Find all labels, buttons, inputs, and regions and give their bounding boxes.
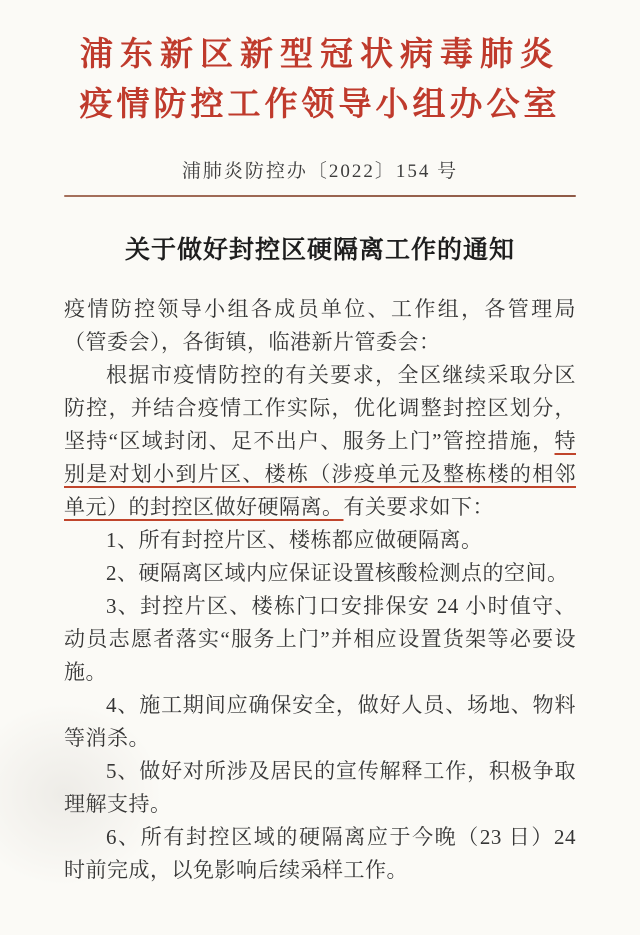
requirement-item-2: 2、硬隔离区域内应保证设置核酸检测点的空间。 [64, 557, 576, 590]
requirement-item-1: 1、所有封控片区、楼栋都应做硬隔离。 [64, 524, 576, 557]
document-page: 浦东新区新型冠状病毒肺炎 疫情防控工作领导小组办公室 浦肺炎防控办〔2022〕1… [0, 0, 640, 935]
document-content: 浦东新区新型冠状病毒肺炎 疫情防控工作领导小组办公室 浦肺炎防控办〔2022〕1… [0, 0, 640, 887]
requirement-item-5: 5、做好对所涉及居民的宣传解释工作，积极争取理解支持。 [64, 755, 576, 821]
document-title: 关于做好封控区硬隔离工作的通知 [64, 233, 576, 269]
requirement-item-3: 3、封控片区、楼栋门口安排保安 24 小时值守、动员志愿者落实“服务上门”并相应… [64, 590, 576, 689]
intro-text: 根据市疫情防控的有关要求，全区继续采取分区防控，并结合疫情工作实际，优化调整封控… [64, 363, 576, 453]
intro-paragraph: 根据市疫情防控的有关要求，全区继续采取分区防控，并结合疫情工作实际，优化调整封控… [64, 359, 576, 524]
addressee-line: 疫情防控领导小组各成员单位、工作组，各管理局（管委会），各街镇，临港新片管委会： [64, 293, 576, 359]
requirement-item-4: 4、施工期间应确保安全，做好人员、场地、物料等消杀。 [64, 689, 576, 755]
document-reference-number: 浦肺炎防控办〔2022〕154 号 [64, 156, 576, 183]
document-body: 疫情防控领导小组各成员单位、工作组，各管理局（管委会），各街镇，临港新片管委会：… [64, 293, 576, 887]
red-divider-rule [64, 195, 576, 197]
page-number: 1 [0, 863, 640, 880]
authority-name-line-1: 浦东新区新型冠状病毒肺炎 [64, 30, 576, 80]
issuing-authority-header: 浦东新区新型冠状病毒肺炎 疫情防控工作领导小组办公室 [64, 30, 576, 130]
authority-name-line-2: 疫情防控工作领导小组办公室 [64, 80, 576, 130]
intro-trailing-text: 有关要求如下： [344, 495, 495, 519]
